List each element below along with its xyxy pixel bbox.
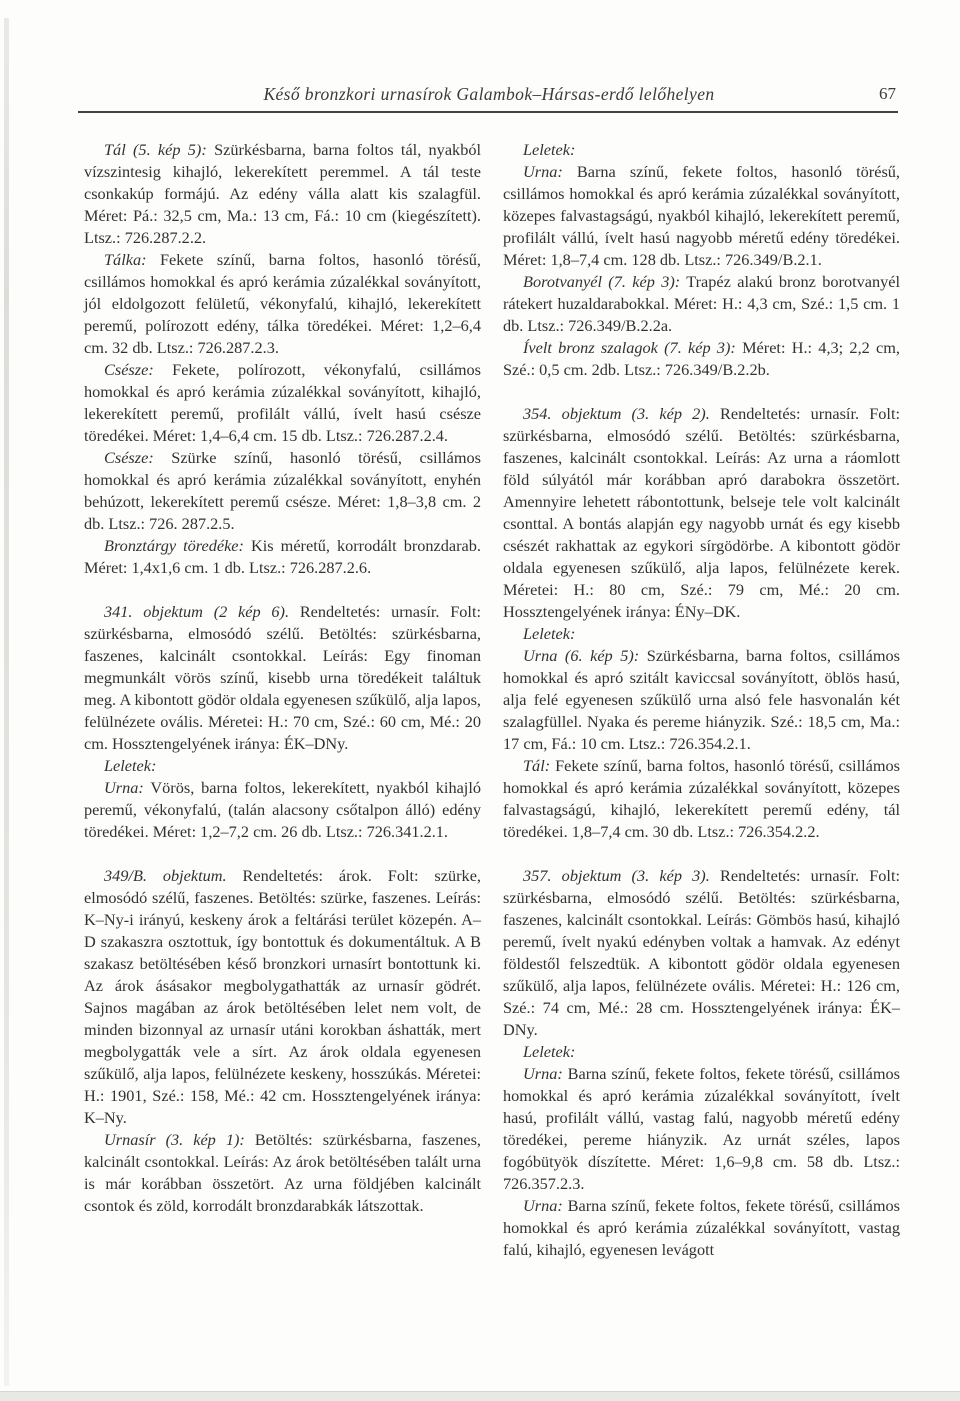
paragraph-text: Rendeltetés: árok. Folt: szürke, elmosód… xyxy=(84,866,481,1127)
paragraph-text: Rendeltetés: urnasír. Folt: szürkésbarna… xyxy=(503,404,900,621)
paragraph: Tálka: Fekete színű, barna foltos, hason… xyxy=(84,249,481,359)
paragraph-lead-in: Urna: xyxy=(104,778,144,797)
paragraph-lead-in: Urnasír (3. kép 1): xyxy=(104,1130,245,1149)
paragraph-lead-in: Tál: xyxy=(523,756,550,775)
paragraph-lead-in: Csésze: xyxy=(104,360,154,379)
paragraph-lead-in: Urna: xyxy=(523,1196,563,1215)
page-number: 67 xyxy=(879,84,896,104)
paragraph-lead-in: 349/B. objektum. xyxy=(104,866,227,885)
header-rule xyxy=(78,111,898,113)
left-column: Tál (5. kép 5): Szürkésbarna, barna folt… xyxy=(84,139,481,1261)
paragraph: Urna: Barna színű, fekete foltos, fekete… xyxy=(503,1063,900,1195)
paragraph: Tál (5. kép 5): Szürkésbarna, barna folt… xyxy=(84,139,481,249)
paragraph-lead-in: Leletek: xyxy=(523,624,575,643)
paragraph: Urna: Vörös, barna foltos, lekerekített,… xyxy=(84,777,481,843)
paragraph: Tál: Fekete színű, barna foltos, hasonló… xyxy=(503,755,900,843)
paragraph: 349/B. objektum. Rendeltetés: árok. Folt… xyxy=(84,865,481,1129)
paragraph-lead-in: 341. objektum (2 kép 6). xyxy=(104,602,289,621)
paragraph-lead-in: Tál (5. kép 5): xyxy=(104,140,207,159)
paragraph-lead-in: Leletek: xyxy=(523,140,575,159)
paragraph-text: Barna színű, fekete foltos, fekete törés… xyxy=(503,1196,900,1259)
paragraph: Leletek: xyxy=(503,139,900,161)
paragraph-lead-in: Leletek: xyxy=(104,756,156,775)
paragraph-lead-in: Leletek: xyxy=(523,1042,575,1061)
paragraph-lead-in: Tálka: xyxy=(104,250,147,269)
paragraph-lead-in: Urna: xyxy=(523,162,563,181)
paragraph-text: Fekete színű, barna foltos, hasonló töré… xyxy=(503,756,900,841)
paragraph-text: Rendeltetés: urnasír. Folt: szürkésbarna… xyxy=(84,602,481,753)
scan-edge-bottom xyxy=(0,1391,960,1401)
paragraph: Urna: Barna színű, fekete foltos, fekete… xyxy=(503,1195,900,1261)
paragraph: 341. objektum (2 kép 6). Rendeltetés: ur… xyxy=(84,601,481,755)
paragraph-text: Rendeltetés: urnasír. Folt: szürkésbarna… xyxy=(503,866,900,1039)
paragraph-lead-in: 357. objektum (3. kép 3). xyxy=(523,866,710,885)
scan-edge-left xyxy=(4,18,9,1386)
paragraph-lead-in: 354. objektum (3. kép 2). xyxy=(523,404,710,423)
paragraph: Urnasír (3. kép 1): Betöltés: szürkésbar… xyxy=(84,1129,481,1217)
paragraph: Csésze: Szürke színű, hasonló törésű, cs… xyxy=(84,447,481,535)
paragraph: Leletek: xyxy=(503,1041,900,1063)
paragraph: Urna: Barna színű, fekete foltos, hasonl… xyxy=(503,161,900,271)
paragraph: Ívelt bronz szalagok (7. kép 3): Méret: … xyxy=(503,337,900,381)
paragraph-text: Vörös, barna foltos, lekerekített, nyakb… xyxy=(84,778,481,841)
paragraph: Leletek: xyxy=(503,623,900,645)
page-header: Késő bronzkori urnasírok Galambok–Hársas… xyxy=(80,84,898,108)
paragraph: Leletek: xyxy=(84,755,481,777)
paragraph: 357. objektum (3. kép 3). Rendeltetés: u… xyxy=(503,865,900,1041)
paragraph: Urna (6. kép 5): Szürkésbarna, barna fol… xyxy=(503,645,900,755)
running-title: Késő bronzkori urnasírok Galambok–Hársas… xyxy=(80,84,898,105)
right-column: Leletek:Urna: Barna színű, fekete foltos… xyxy=(503,139,900,1261)
paragraph-lead-in: Bronztárgy töredéke: xyxy=(104,536,244,555)
paragraph-lead-in: Urna: xyxy=(523,1064,563,1083)
paragraph-lead-in: Csésze: xyxy=(104,448,154,467)
paragraph: 354. objektum (3. kép 2). Rendeltetés: u… xyxy=(503,403,900,623)
page: Késő bronzkori urnasírok Galambok–Hársas… xyxy=(0,0,960,1401)
paragraph-text: Barna színű, fekete foltos, fekete törés… xyxy=(503,1064,900,1193)
paragraph-lead-in: Borotvanyél (7. kép 3): xyxy=(523,272,680,291)
paragraph: Bronztárgy töredéke: Kis méretű, korrodá… xyxy=(84,535,481,579)
paragraph: Borotvanyél (7. kép 3): Trapéz alakú bro… xyxy=(503,271,900,337)
paragraph: Csésze: Fekete, polírozott, vékonyfalú, … xyxy=(84,359,481,447)
paragraph-lead-in: Urna (6. kép 5): xyxy=(523,646,639,665)
paragraph-lead-in: Ívelt bronz szalagok (7. kép 3): xyxy=(523,338,736,357)
paragraph-text: Barna színű, fekete foltos, hasonló töré… xyxy=(503,162,900,269)
text-columns: Tál (5. kép 5): Szürkésbarna, barna folt… xyxy=(84,139,900,1261)
